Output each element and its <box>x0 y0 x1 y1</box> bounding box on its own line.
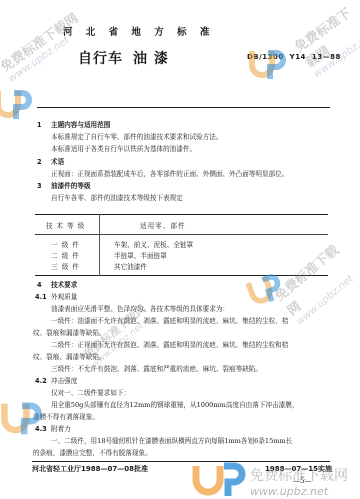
table-row: 三级件 其它油漆件 <box>35 260 328 276</box>
section-4-1-heading: 4.1外观质量 <box>35 292 77 302</box>
section-4-3-line-2: 的条痕，漆膜应完整，不得有脱落现象。 <box>33 448 152 458</box>
table-header-row: 技术等级 适用零、部件 <box>35 215 328 235</box>
up-logo-icon <box>0 395 44 443</box>
page-number: —5— <box>293 477 311 485</box>
title-part2: 油 漆 <box>133 51 169 67</box>
up-logo-icon <box>248 45 288 85</box>
grade-cell: 一级件 <box>35 235 100 250</box>
section-2-para-1: 正视面：正视面系指装配成车后，各零部件的正面、外侧面、外凸面等明显部位。 <box>51 169 288 179</box>
section-4-1-line-5: 纹、裂痕、漏漆等缺陷。 <box>33 352 106 362</box>
title-part1: 自行车 <box>78 51 123 67</box>
section-1-para-2: 本标准适用于各类自行车以铁质为基体的油漆件。 <box>51 144 196 154</box>
section-4-1-line-6: 三级件：不允许有鼓泡、剥落、露底和严重的流疤、麻坑、裂痕等缺陷。 <box>51 364 262 374</box>
grade-table: 技术等级 适用零、部件 一级件 车架、前叉、泥板、全链罩 二级件 半链罩、半面链… <box>35 214 328 276</box>
section-1-heading: 1主题内容与适用范围 <box>37 120 110 130</box>
implementation-date: 1988—07—15实施 <box>265 464 332 474</box>
section-4-1-line-1: 油漆表面应光滑平整、色泽均匀。各技术等级的具体要求为： <box>51 304 229 314</box>
watermark-top-right: 免费标准下载网 www.upbz.net <box>290 0 360 80</box>
footer-rule <box>32 461 330 462</box>
parts-cell: 车架、前叉、泥板、全链罩 <box>100 235 329 250</box>
section-3-para-1: 自行车各零、部件的油漆技术等级按下表规定 <box>51 193 183 203</box>
section-4-3-line-1: 一、二级件，用18号缝纫机针在漆膜表面纵横两直方向每隔1mm各划6条15mm长 <box>51 436 292 446</box>
issuing-authority: 河 北 省 地 方 标 准 <box>63 24 214 38</box>
grade-cell: 二级件 <box>35 249 100 260</box>
column-header-parts: 适用零、部件 <box>100 215 329 235</box>
header-rule <box>37 107 330 108</box>
section-4-heading: 4技术要求 <box>37 280 77 290</box>
section-4-2-line-1: 仅对一、二级件要求如下： <box>51 388 130 398</box>
approval-date: 河北省轻工业厅1988—07—08批准 <box>32 464 148 474</box>
up-logo-icon <box>0 85 34 125</box>
section-4-1-line-2: 一级件：油漆面不允许有鼓泡、剥落、露底和明显的流疤、麻坑、集结的尘粒、桔 <box>51 316 288 326</box>
parts-cell: 其它油漆件 <box>100 260 329 276</box>
table-row: 一级件 车架、前叉、泥板、全链罩 <box>35 235 328 250</box>
section-3-heading: 3油漆件的等级 <box>37 181 91 191</box>
up-logo-icon <box>192 462 252 498</box>
watermark-top-left: 免费标准下载网 www.upbz.net <box>0 8 88 85</box>
section-4-1-line-3: 纹、裂痕和漏漆等缺陷。 <box>33 328 106 338</box>
parts-cell: 半链罩、半面链罩 <box>100 249 329 260</box>
section-4-2-line-2: 用全重50g头部镶有直径为12mm的钢球重锤，从1000mm高度自由落下冲击漆膜… <box>51 400 298 410</box>
section-4-1-line-4: 二级件：正视面不允许有鼓泡、剥落、露底和明显的流疤、麻坑、集结的尘粒和桔 <box>51 340 288 350</box>
document-title: 自行车油 漆 <box>78 48 169 68</box>
section-1-para-1: 本标准规定了自行车零、部件的油漆技术要求和试验方法。 <box>51 132 222 142</box>
table-row: 二级件 半链罩、半面链罩 <box>35 249 328 260</box>
section-4-2-heading: 4.2冲击强度 <box>35 376 77 386</box>
column-header-grade: 技术等级 <box>35 215 100 235</box>
grade-cell: 三级件 <box>35 260 100 276</box>
section-2-heading: 2术语 <box>37 157 64 167</box>
